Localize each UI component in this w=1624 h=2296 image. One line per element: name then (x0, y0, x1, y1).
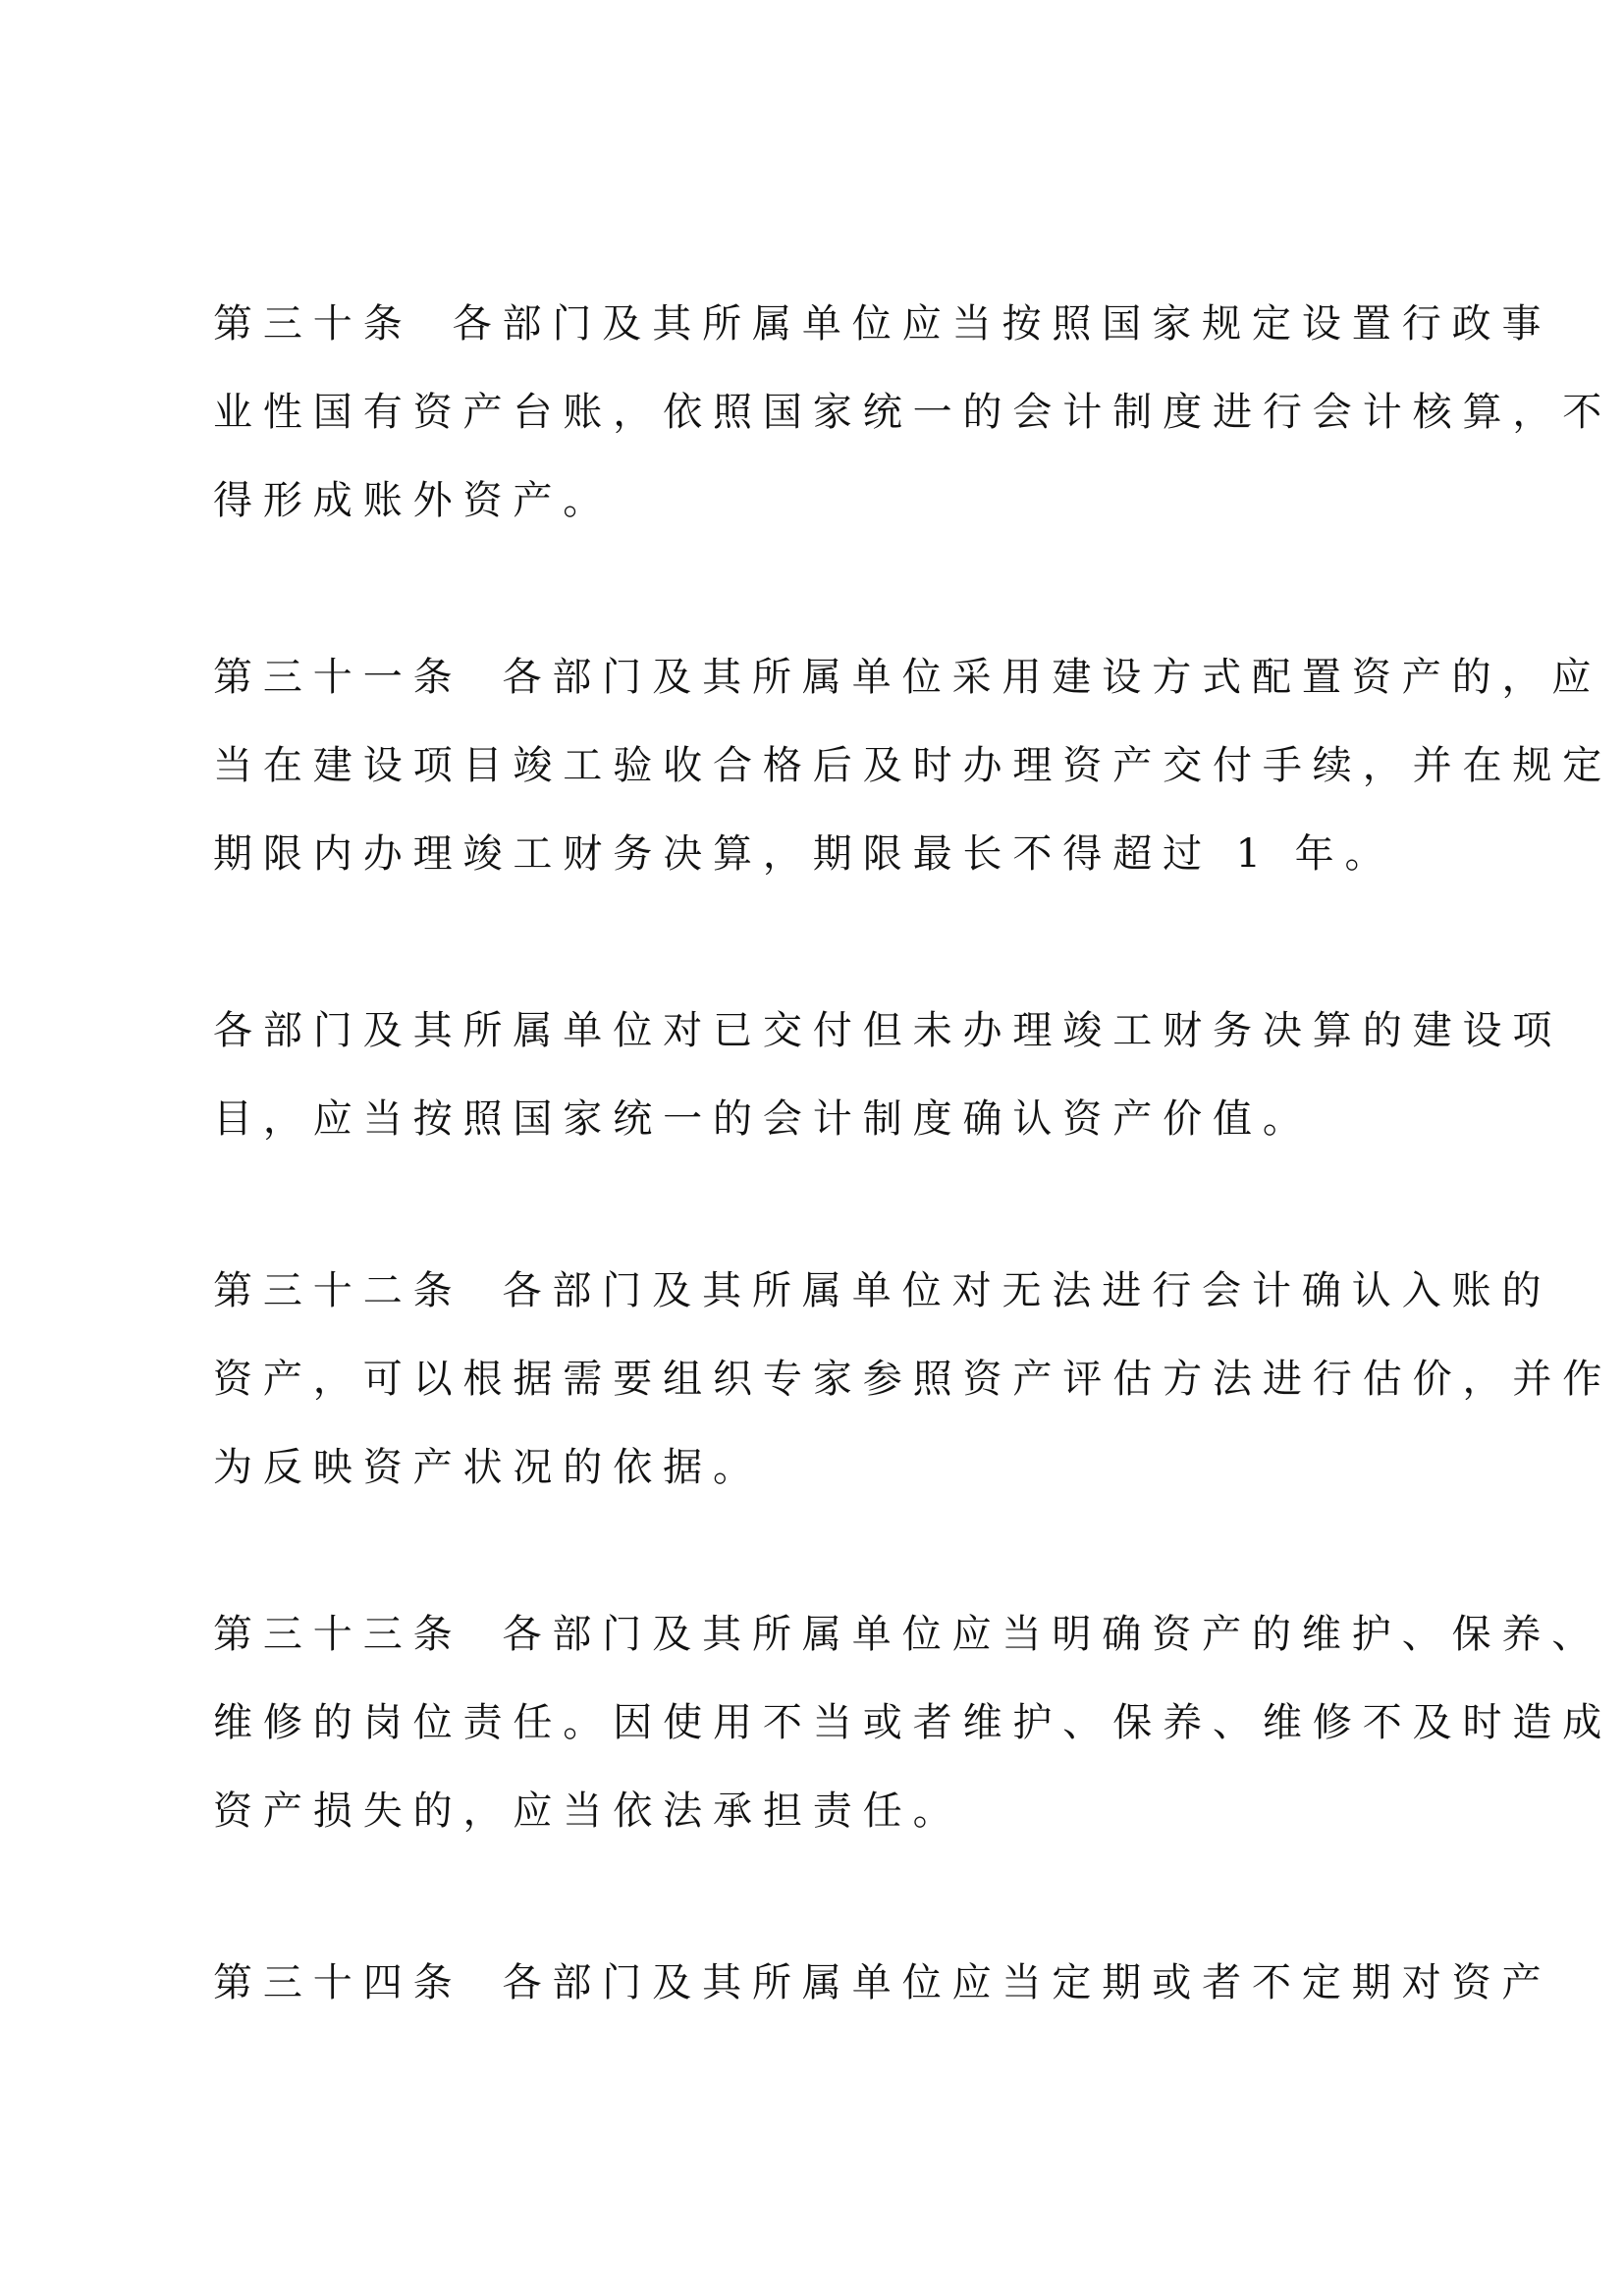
paragraph-line: 第三十一条各部门及其所属单位采用建设方式配置资产的，应 (213, 648, 1431, 707)
paragraph-text: 各部门及其所属单位采用建设方式配置资产的，应 (503, 655, 1602, 700)
paragraph-line: 资产损失的，应当依法承担责任。 (213, 1782, 1431, 1841)
article-number: 第三十四条 (213, 1953, 463, 2012)
article-number: 第三十一条 (213, 648, 463, 707)
paragraph-text: 各部门及其所属单位应当定期或者不定期对资产 (503, 1960, 1552, 2005)
paragraph-line: 资产，可以根据需要组织专家参照资产评估方法进行估价，并作 (213, 1350, 1431, 1409)
article-number: 第三十三条 (213, 1605, 463, 1664)
article-number: 第三十二条 (213, 1261, 463, 1320)
paragraph-text: 各部门及其所属单位应当按照国家规定设置行政事 (453, 301, 1552, 347)
paragraph-line: 目，应当按照国家统一的会计制度确认资产价值。 (213, 1090, 1431, 1148)
paragraph-line: 第三十二条各部门及其所属单位对无法进行会计确认入账的 (213, 1261, 1431, 1320)
paragraph-line: 当在建设项目竣工验收合格后及时办理资产交付手续，并在规定 (213, 736, 1431, 795)
document-page: 第三十条各部门及其所属单位应当按照国家规定设置行政事 业性国有资产台账，依照国家… (0, 0, 1624, 2296)
paragraph-line: 得形成账外资产。 (213, 471, 1431, 530)
paragraph-text: 各部门及其所属单位应当明确资产的维护、保养、 (503, 1612, 1602, 1657)
paragraph-line: 业性国有资产台账，依照国家统一的会计制度进行会计核算，不 (213, 383, 1431, 442)
paragraph-line: 第三十条各部门及其所属单位应当按照国家规定设置行政事 (213, 294, 1431, 353)
paragraph-line: 各部门及其所属单位对已交付但未办理竣工财务决算的建设项 (213, 1001, 1431, 1060)
paragraph-line: 第三十四条各部门及其所属单位应当定期或者不定期对资产 (213, 1953, 1431, 2012)
article-number: 第三十条 (213, 294, 413, 353)
paragraph-line: 第三十三条各部门及其所属单位应当明确资产的维护、保养、 (213, 1605, 1431, 1664)
paragraph-text: 各部门及其所属单位对无法进行会计确认入账的 (503, 1268, 1552, 1313)
paragraph-line: 期限内办理竣工财务决算，期限最长不得超过 1 年。 (213, 825, 1431, 883)
paragraph-line: 为反映资产状况的依据。 (213, 1438, 1431, 1497)
paragraph-line: 维修的岗位责任。因使用不当或者维护、保养、维修不及时造成 (213, 1693, 1431, 1752)
